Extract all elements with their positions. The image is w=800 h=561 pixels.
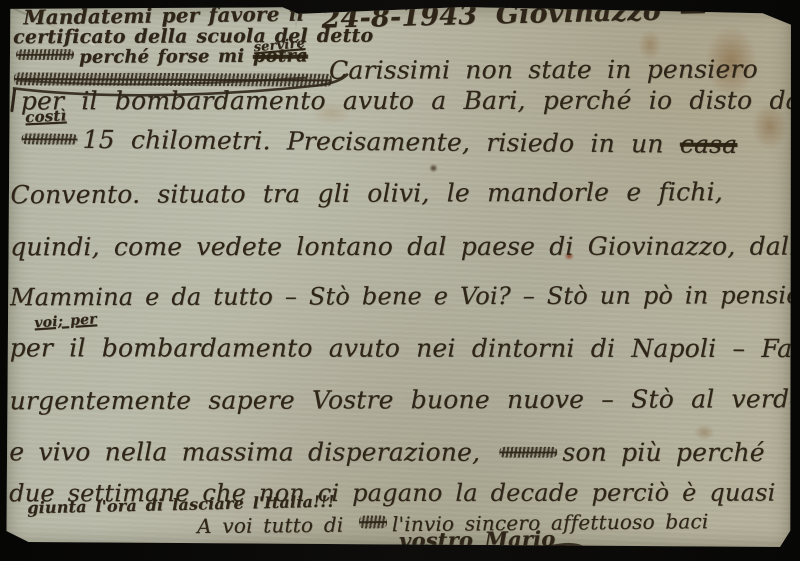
body-line-7: per il bombardamento avuto nei dintorni … [10,333,800,363]
crease-top-right-corner [750,0,800,14]
body-line-9: e vivo nella massima disperazione, son p… [9,437,765,467]
body-line-3-struck-casa: casa [680,130,738,159]
body-line-3-text: 15 chilometri. Precisamente, risiedo in … [82,125,663,159]
body-line-9-post: son più perché [562,438,764,467]
date-line: 24-8-1943 Giovinazzo — [321,0,707,35]
stain-ink-dot [427,162,439,174]
signature-flourish-svg [389,540,589,553]
scribble-blot-closing [359,515,387,528]
body-inserted-costi: costì [25,106,67,126]
scribble-crossed-out-word [16,49,74,60]
body-line-6: Mammina e da tutto – Stò bene e Voi? – S… [10,281,800,311]
body-line-4: Convento. situato tra gli olivi, le mand… [10,177,723,209]
scribble-crossed-out-questi [22,133,78,144]
postcard-paper: Mandatemi per favore il certificato dell… [5,2,794,549]
body-line-3: 15 chilometri. Precisamente, risiedo in … [16,124,737,159]
margin-note-line-3-text: perché forse mi [79,46,244,68]
body-inserted-voi-per: voi; per [34,311,97,331]
body-line-5: quindi, come vedete lontano dal paese di… [10,232,800,262]
scribble-blotted-word [499,447,557,458]
body-line-8: urgentemente sapere Vostre buone nuove –… [10,384,800,415]
closing-pre: A voi tutto di [197,513,344,538]
body-line-1: Carissimi non state in pensiero [329,55,758,85]
margin-note-line-2: certificato della scuola del detto [13,25,373,49]
scanned-postcard-image: Mandatemi per favore il certificato dell… [0,0,800,561]
body-line-9-pre: e vivo nella massima disperazione, [9,437,480,466]
body-line-2: per il bombardamento avuto a Bari, perch… [21,86,800,116]
